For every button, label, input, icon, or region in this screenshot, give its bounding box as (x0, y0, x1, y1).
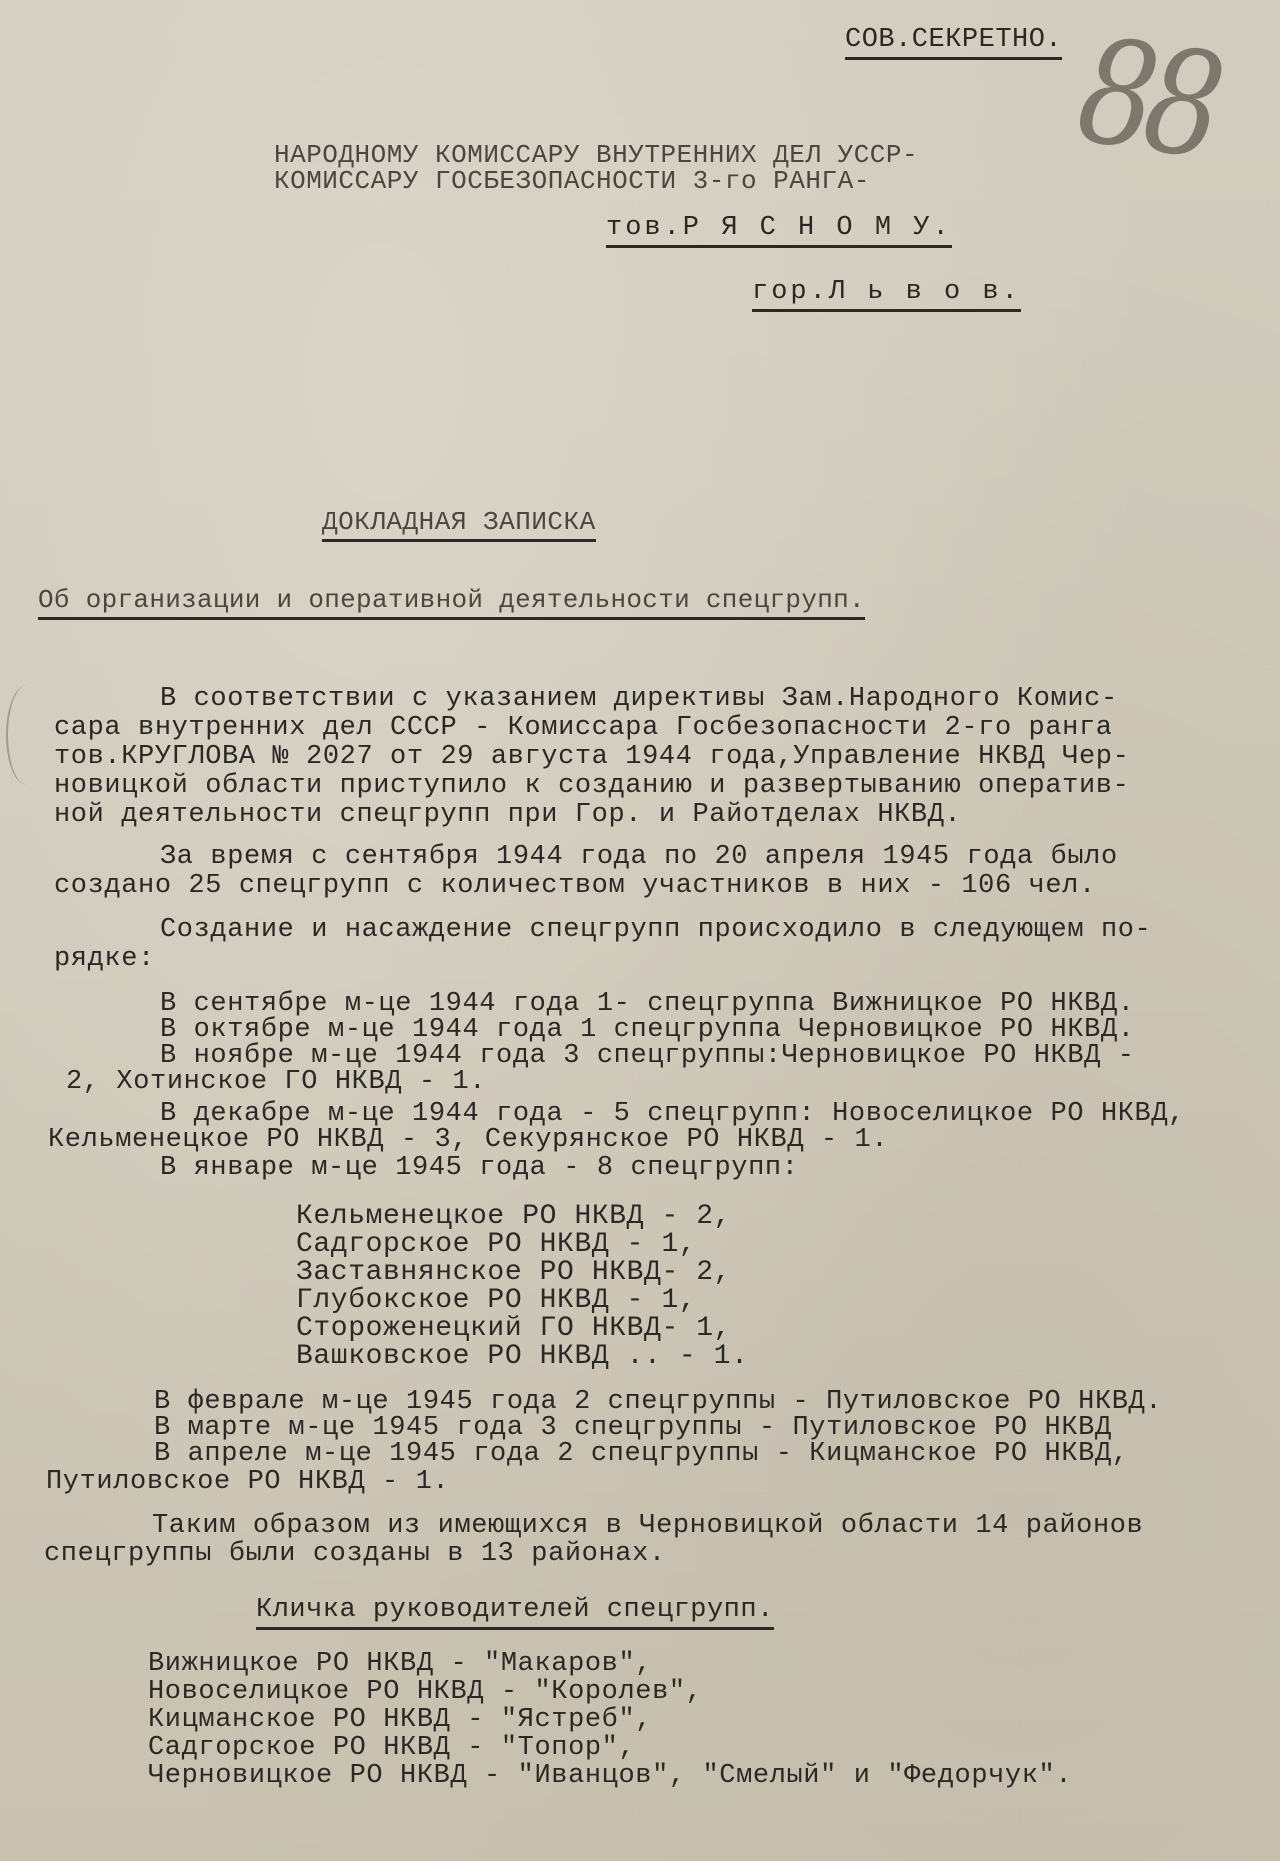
handwritten-page-number: 88 (1069, 8, 1224, 192)
text-line: За время с сентября 1944 года по 20 апре… (160, 843, 1118, 872)
month-entry: 2, Хотинское ГО НКВД - 1. (66, 1068, 486, 1097)
text-line: ной деятельности спецгрупп при Гор. и Ра… (54, 801, 961, 830)
text-line: тов.КРУГЛОВА № 2027 от 29 августа 1944 г… (54, 743, 1129, 772)
document-page: СОВ.СЕКРЕТНО. 88 НАРОДНОМУ КОМИССАРУ ВНУ… (0, 0, 1280, 1861)
addressee-line-2: КОМИССАРУ ГОСБЕЗОПАСНОСТИ 3-го РАНГА- (274, 168, 870, 194)
district-entry: Вашковское РО НКВД .. - 1. (296, 1342, 748, 1371)
district-entry: Кельменецкое РО НКВД - 2, (296, 1202, 731, 1231)
text-line: создано 25 спецгрупп с количеством участ… (54, 872, 1096, 901)
leaders-heading: Кличка руководителей спецгрупп. (256, 1596, 774, 1630)
document-type-heading: ДОКЛАДНАЯ ЗАПИСКА (322, 508, 596, 542)
classification-stamp: СОВ.СЕКРЕТНО. (845, 26, 1062, 60)
text-line: спецгруппы были созданы в 13 районах. (44, 1540, 666, 1569)
district-entry: Глубокское РО НКВД - 1, (296, 1286, 696, 1315)
text-line: новицкой области приступило к созданию и… (54, 772, 1129, 801)
district-entry: Стороженецкий ГО НКВД- 1, (296, 1314, 731, 1343)
text-line: В соответствии с указанием директивы Зам… (160, 685, 1118, 714)
month-entry: Кельменецкое РО НКВД - 3, Секурянское РО… (48, 1126, 888, 1155)
leader-entry: Черновицкое РО НКВД - "Иванцов", "Смелый… (148, 1762, 1072, 1791)
addressee-name: тов.Р Я С Н О М У. (606, 214, 952, 248)
district-entry: Заставнянское РО НКВД- 2, (296, 1258, 731, 1287)
addressee-city: гор.Л ь в о в. (752, 278, 1021, 312)
addressee-line-1: НАРОДНОМУ КОМИССАРУ ВНУТРЕННИХ ДЕЛ УССР- (274, 142, 918, 168)
district-entry: Садгорское РО НКВД - 1, (296, 1230, 696, 1259)
leader-entry: Садгорское РО НКВД - "Топор", (148, 1734, 635, 1763)
month-entry: Путиловское РО НКВД - 1. (46, 1468, 449, 1497)
document-subject: Об организации и оперативной деятельност… (38, 586, 865, 620)
leader-entry: Новоселицкое РО НКВД - "Королев", (148, 1678, 703, 1707)
text-line: Создание и насаждение спецгрупп происход… (160, 916, 1151, 945)
leader-entry: Кицманское РО НКВД - "Ястреб", (148, 1706, 652, 1735)
text-line: сара внутренних дел СССР - Комиссара Гос… (54, 714, 1113, 743)
leader-entry: Вижницкое РО НКВД - "Макаров", (148, 1650, 652, 1679)
month-entry: В апреле м-це 1945 года 2 спецгруппы - К… (154, 1440, 1129, 1469)
margin-pencil-mark (6, 685, 48, 785)
text-line: Таким образом из имеющихся в Черновицкой… (152, 1512, 1143, 1541)
month-entry: В январе м-це 1945 года - 8 спецгрупп: (160, 1154, 799, 1183)
text-line: рядке: (54, 945, 155, 974)
